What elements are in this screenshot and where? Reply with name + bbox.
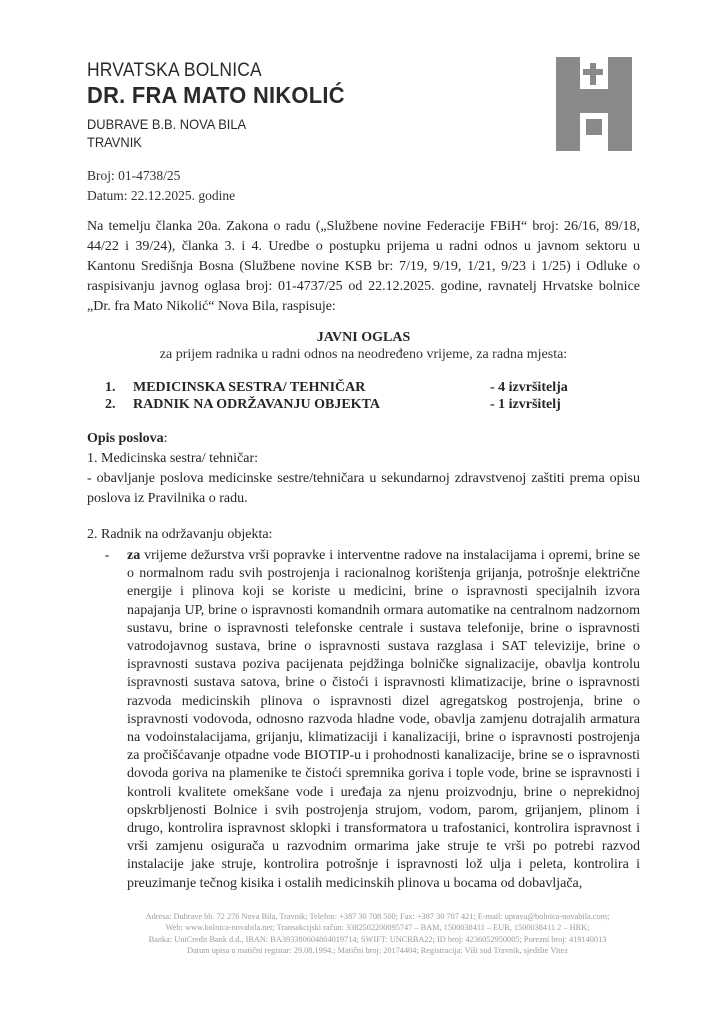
- position-count: - 1 izvršitelj: [490, 396, 585, 413]
- job2-title: 2. Radnik na održavanju objekta:: [87, 527, 272, 543]
- notice-title: JAVNI OGLAS: [87, 330, 640, 346]
- document-page: HRVATSKA BOLNICA DR. FRA MATO NIKOLIĆ DU…: [0, 0, 725, 1024]
- notice-subtitle: za prijem radnika u radni odnos na neodr…: [87, 347, 640, 363]
- position-name: MEDICINSKA SESTRA/ TEHNIČAR: [133, 379, 365, 396]
- document-date: Datum: 22.12.2025. godine: [87, 186, 235, 206]
- document-meta: Broj: 01-4738/25 Datum: 22.12.2025. godi…: [87, 166, 235, 206]
- bullet-dash: -: [87, 547, 127, 893]
- position-name: RADNIK NA ODRŽAVANJU OBJEKTA: [133, 396, 380, 413]
- hospital-name-line1: HRVATSKA BOLNICA: [87, 60, 337, 82]
- job-description-heading: Opis poslova:: [87, 431, 168, 447]
- hospital-city: TRAVNIK: [87, 133, 337, 151]
- position-number: 2.: [105, 396, 133, 413]
- footer-bank: Banka: UniCredit Bank d.d., IBAN: BA3933…: [90, 934, 665, 945]
- position-number: 1.: [105, 379, 133, 396]
- footer-web-accounts: Web: www.bolnica-novabila.net; Transakci…: [90, 922, 665, 933]
- intro-paragraph: Na temelju članka 20a. Zakona o radu („S…: [87, 217, 640, 317]
- job1-text: - obavljanje poslova medicinske sestre/t…: [87, 469, 640, 509]
- hospital-logo-icon: [556, 57, 632, 151]
- footer: Adresa: Dubrave bb. 72 276 Nova Bila, Tr…: [90, 911, 665, 957]
- footer-address: Adresa: Dubrave bb. 72 276 Nova Bila, Tr…: [90, 911, 665, 922]
- job2-bullet: - za vrijeme dežurstva vrši popravke i i…: [87, 547, 640, 893]
- position-item: 1. MEDICINSKA SESTRA/ TEHNIČAR - 4 izvrš…: [105, 379, 585, 396]
- hospital-name-line2: DR. FRA MATO NIKOLIĆ: [87, 82, 345, 109]
- position-count: - 4 izvršitelja: [490, 379, 585, 396]
- job2-text: za vrijeme dežurstva vrši popravke i int…: [127, 547, 640, 893]
- footer-registry: Datum upisa u matični registar: 29.08.19…: [90, 945, 665, 956]
- hospital-address: DUBRAVE B.B. NOVA BILA: [87, 115, 337, 133]
- position-item: 2. RADNIK NA ODRŽAVANJU OBJEKTA - 1 izvr…: [105, 396, 585, 413]
- letterhead: HRVATSKA BOLNICA DR. FRA MATO NIKOLIĆ DU…: [87, 60, 358, 151]
- job1-title: 1. Medicinska sestra/ tehničar:: [87, 449, 640, 469]
- job1-section: 1. Medicinska sestra/ tehničar: - obavlj…: [87, 449, 640, 509]
- document-number: Broj: 01-4738/25: [87, 166, 235, 186]
- positions-list: 1. MEDICINSKA SESTRA/ TEHNIČAR - 4 izvrš…: [105, 379, 585, 413]
